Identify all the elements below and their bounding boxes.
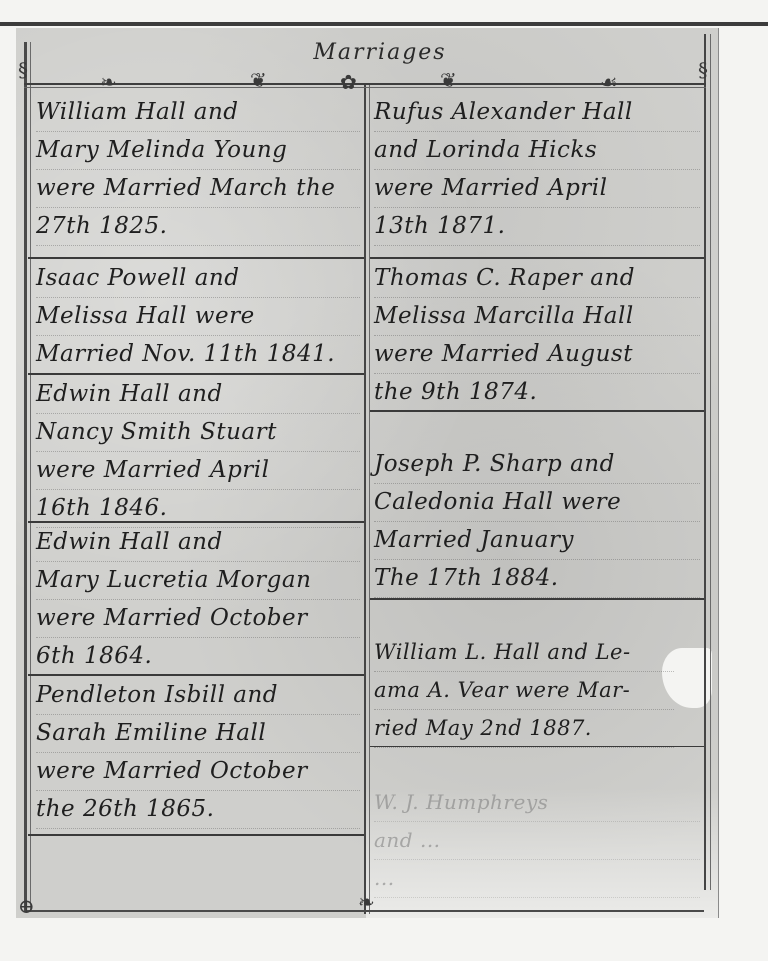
marriage-entry: Thomas C. Raper and Melissa Marcilla Hal… [374,260,700,412]
entry-separator [28,834,364,836]
entry-line: 6th 1864. [36,638,360,676]
marriage-entry: Isaac Powell and Melissa Hall were Marri… [36,260,360,374]
frame-right-border-inner [710,34,711,890]
entry-line: Sarah Emiline Hall [36,715,360,753]
entry-line: Mary Lucretia Morgan [36,562,360,600]
entry-line: Melissa Hall were [36,298,360,336]
corner-ornament-icon: § [18,60,28,80]
entry-line: Married January [374,522,700,560]
page-title: Marriages [280,40,480,65]
leaf-ornament-icon: ❦ [440,70,457,90]
marriage-entry: William L. Hall and Le- ama A. Vear were… [374,634,674,748]
entry-separator [28,521,364,523]
marriage-entry: Pendleton Isbill and Sarah Emiline Hall … [36,677,360,829]
scroll-ornament-icon: ❧ [100,72,117,92]
entry-line: Edwin Hall and [36,524,360,562]
entry-line: ... [374,860,700,898]
entry-line: ama A. Vear were Mar- [374,672,674,710]
entry-separator [370,257,704,259]
frame-left-border [24,42,27,912]
entry-line: and Lorinda Hicks [374,132,700,170]
entry-line: the 26th 1865. [36,791,360,829]
frame-right-border [704,34,706,890]
entry-line: Melissa Marcilla Hall [374,298,700,336]
corner-ornament-icon: § [698,60,708,80]
entry-line: Pendleton Isbill and [36,677,360,715]
entry-line: Married Nov. 11th 1841. [36,336,360,374]
entry-line: the 9th 1874. [374,374,700,412]
entry-line: Mary Melinda Young [36,132,360,170]
entry-line: Edwin Hall and [36,376,360,414]
entry-line: were Married October [36,753,360,791]
marriage-entry: Edwin Hall and Mary Lucretia Morgan were… [36,524,360,676]
entry-line: William Hall and [36,94,360,132]
faded-marriage-entry: W. J. Humphreys and ... ... [374,784,700,898]
entry-line: Caledonia Hall were [374,484,700,522]
column-divider-inner [369,84,370,914]
marriage-entry: Edwin Hall and Nancy Smith Stuart were M… [36,376,360,528]
entry-line: William L. Hall and Le- [374,634,674,672]
frame-left-border-inner [30,42,31,912]
entry-line: 27th 1825. [36,208,360,246]
corner-ornament-icon: ⊕ [18,896,35,916]
entry-separator [28,674,364,676]
marriage-entry: Joseph P. Sharp and Caledonia Hall were … [374,446,700,598]
entry-line: Rufus Alexander Hall [374,94,700,132]
entry-line: Thomas C. Raper and [374,260,700,298]
entry-line: and ... [374,822,700,860]
entry-separator [28,373,364,375]
scroll-ornament-icon: ☙ [600,72,618,92]
marriage-entry: William Hall and Mary Melinda Young were… [36,94,360,246]
entry-line: were Married March the [36,170,360,208]
entry-line: 13th 1871. [374,208,700,246]
entry-line: Joseph P. Sharp and [374,446,700,484]
entry-line: Isaac Powell and [36,260,360,298]
entry-line: were Married April [36,452,360,490]
scan-top-border [0,22,768,26]
entry-separator [28,257,364,259]
corner-ornament-icon: ❧ [358,892,375,912]
entry-line: The 17th 1884. [374,560,700,598]
entry-line: Nancy Smith Stuart [36,414,360,452]
marriage-entry: Rufus Alexander Hall and Lorinda Hicks w… [374,94,700,246]
entry-line: were Married April [374,170,700,208]
entry-separator [370,598,704,600]
entry-separator [370,410,704,412]
entry-separator [370,746,704,747]
entry-line: ried May 2nd 1887. [374,710,674,748]
entry-line: were Married October [36,600,360,638]
leaf-ornament-icon: ❦ [250,70,267,90]
entry-line: were Married August [374,336,700,374]
column-divider [364,84,366,914]
flourish-ornament-icon: ✿ [340,72,357,92]
entry-line: W. J. Humphreys [374,784,700,822]
